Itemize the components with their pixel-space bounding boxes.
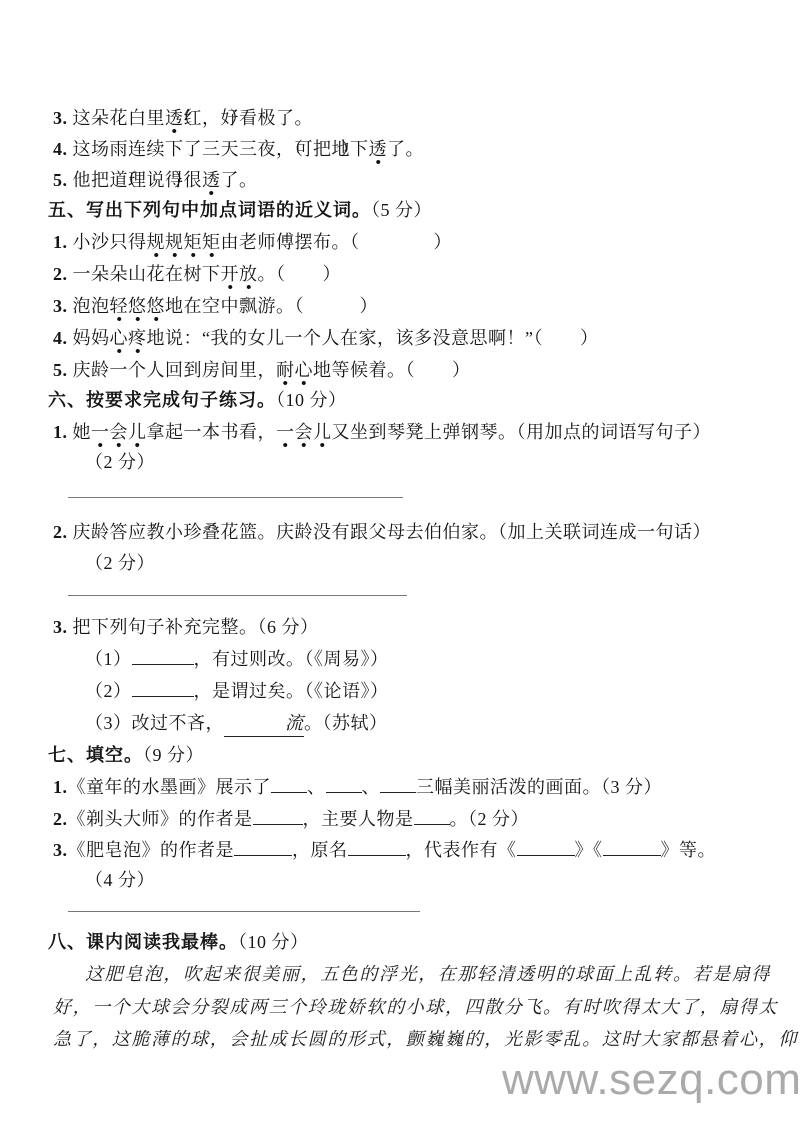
text-run: 由老师傅摆布。（ ） (221, 232, 453, 252)
fill-in-blank (253, 822, 303, 825)
passage-line: 这肥皂泡，吹起来很美丽，五色的浮光，在那轻清透明的球面上乱转。若是扇得 (53, 961, 771, 987)
text-run: 小沙只得 (73, 232, 147, 252)
item-number: 1. (53, 232, 73, 252)
text-run: ，主要人物是 (303, 809, 414, 829)
question-6-item-3-sub3: （3）改过不吝，流。（苏轼） (85, 710, 388, 737)
fill-in-blank (132, 694, 194, 697)
section-title: 八、课内阅读我最棒。 (48, 932, 238, 952)
fill-in-blank: 流 (224, 710, 304, 737)
emphasized-word: 一会儿 (276, 422, 332, 448)
fill-in-blank (348, 853, 406, 856)
answer-line (68, 595, 407, 596)
item-number: 1. (53, 422, 73, 442)
text-run: 《剃头大师》的作者是 (68, 809, 253, 829)
test-paper-page: 3. 这朵花白里透红，好看极了。（ ） 4. 这场雨连续下了三天三夜，可把地下透… (0, 0, 800, 1132)
item-number: 3. (53, 108, 73, 128)
item-number: 2. (53, 264, 73, 284)
question-4-item-4: 4. 这场雨连续下了三天三夜，可把地下透了。（ ） (53, 136, 424, 162)
text-run: 把下列句子补充完整。（6 分） (73, 617, 319, 637)
text-run: 《肥皂泡》的作者是 (68, 840, 235, 860)
question-6-item-3-sub1: （1），有过则改。（《周易》） (85, 646, 389, 672)
emphasized-word: 心疼 (110, 328, 147, 354)
text-run: （10 分） (276, 390, 347, 410)
item-number: 3. (53, 617, 73, 637)
text-run: （1） (85, 649, 132, 669)
text-run: （2） (85, 681, 132, 701)
item-number: 5. (53, 360, 73, 380)
text-run: 一朵朵山花在树下 (73, 264, 221, 284)
emphasized-word: 耐心 (276, 360, 313, 386)
item-number: 3. (53, 840, 68, 860)
emphasized-word: 透 (369, 139, 388, 165)
text-run: 好，一个大球会分裂成两三个玲珑娇软的小球，四散分飞。有时吹得太大了，扇得太 (53, 997, 778, 1017)
text-run: 《童年的水墨画》展示了 (68, 777, 272, 797)
question-7-item-1: 1.《童年的水墨画》展示了、、三幅美丽活泼的画面。（3 分） (53, 774, 662, 800)
text-run: 又坐到琴凳上弹钢琴。（用加点的词语写句子） (332, 422, 712, 442)
answer-line (68, 911, 420, 912)
text-run: 。（苏轼） (304, 713, 388, 733)
question-6-item-1: 1. 她一会儿拿起一本书看，一会儿又坐到琴凳上弹钢琴。（用加点的词语写句子） (53, 419, 711, 445)
question-6-item-2: 2. 庆龄答应教小珍叠花篮。庆龄没有跟父母去伯伯家。（加上关联词连成一句话） (53, 519, 711, 545)
text-run: 了。 (387, 139, 424, 159)
text-run: 、 (307, 777, 326, 797)
fill-in-blank (234, 853, 292, 856)
text-run: 。（2 分） (450, 809, 530, 829)
fill-in-blank (414, 822, 450, 825)
text-run: 》《 (575, 840, 603, 860)
question-4-item-3: 3. 这朵花白里透红，好看极了。（ ） (53, 105, 313, 131)
text-run: 地等候着。（ ） (313, 360, 471, 380)
fill-in-blank (380, 790, 416, 793)
text-run: ，有过则改。（《周易》） (194, 649, 389, 669)
text-run: 急了，这脆薄的球，会扯成长圆的形式，颤巍巍的，光影零乱。这时大家都悬着心，仰 (53, 1029, 798, 1049)
question-6-item-3: 3. 把下列句子补充完整。（6 分） (53, 614, 319, 640)
passage-line: 好，一个大球会分裂成两三个玲珑娇软的小球，四散分飞。有时吹得太大了，扇得太 (53, 994, 778, 1020)
question-7-item-3: 3.《肥皂泡》的作者是，原名，代表作有《》《》等。 (53, 837, 716, 863)
section-title: 七、填空。 (48, 745, 143, 765)
question-5-item-2: 2. 一朵朵山花在树下开放。（ ） (53, 261, 341, 287)
item-number: 2. (53, 809, 68, 829)
text-run: （5 分） (371, 200, 432, 220)
text-run: ，原名 (292, 840, 348, 860)
question-4-item-5: 5. 他把道理说得很透了。（ ） (53, 167, 258, 193)
emphasized-word: 透 (202, 170, 221, 196)
fill-in-blank (603, 853, 661, 856)
text-run: 了。 (221, 170, 258, 190)
passage-line: 急了，这脆薄的球，会扯成长圆的形式，颤巍巍的，光影零乱。这时大家都悬着心，仰 (53, 1026, 798, 1052)
text-run: 泡泡 (73, 296, 110, 316)
text-run: 拿起一本书看， (147, 422, 277, 442)
question-7-item-2: 2.《剃头大师》的作者是，主要人物是。（2 分） (53, 806, 529, 832)
fill-in-blank (517, 853, 575, 856)
text-run: 这朵花白里 (73, 108, 166, 128)
section-5-header: 五、写出下列句中加点词语的近义词。（5 分） (48, 197, 432, 223)
section-title: 五、写出下列句中加点词语的近义词。 (48, 200, 371, 220)
text-run: 妈妈 (73, 328, 110, 348)
item-number: 4. (53, 139, 73, 159)
text-run: 》等。 (661, 840, 717, 860)
text-run: ，代表作有《 (406, 840, 517, 860)
item-number: 5. (53, 170, 73, 190)
text-run: 。（ ） (258, 264, 342, 284)
answer-bracket: （ ） (285, 136, 359, 162)
fill-in-blank (132, 662, 194, 665)
emphasized-word: 一会儿 (91, 422, 147, 448)
emphasized-word: 开放 (221, 264, 258, 290)
item-number: 1. (53, 777, 68, 797)
item-number: 4. (53, 328, 73, 348)
emphasized-word: 规规矩矩 (147, 232, 221, 258)
fill-in-blank (326, 790, 362, 793)
section-8-header: 八、课内阅读我最棒。（10 分） (48, 929, 309, 955)
text-run: （10 分） (238, 932, 309, 952)
question-6-item-3-sub2: （2），是谓过矣。（《论语》） (85, 678, 389, 704)
text-run: 地在空中飘游。（ ） (165, 296, 378, 316)
text-run: （4 分） (85, 870, 155, 890)
question-5-item-4: 4. 妈妈心疼地说：“我的女儿一个人在家，该多没意思啊！”（ ） (53, 325, 598, 351)
text-run: 这肥皂泡，吹起来很美丽，五色的浮光，在那轻清透明的球面上乱转。若是扇得 (85, 964, 771, 984)
section-title: 六、按要求完成句子练习。 (48, 390, 276, 410)
section-7-header: 七、填空。（9 分） (48, 742, 204, 768)
question-6-item-1-score: （2 分） (85, 449, 155, 475)
text-run: 庆龄答应教小珍叠花篮。庆龄没有跟父母去伯伯家。（加上关联词连成一句话） (73, 522, 712, 542)
answer-line (68, 497, 403, 498)
text-run: 、 (362, 777, 381, 797)
text-run: （3）改过不吝， (85, 713, 224, 733)
watermark: www.sezq.com (502, 1058, 800, 1102)
answer-bracket: （ ） (174, 105, 248, 131)
text-run: 地说：“我的女儿一个人在家，该多没意思啊！”（ ） (147, 328, 599, 348)
text-run: ，是谓过矣。（《论语》） (194, 681, 389, 701)
text-run: 三幅美丽活泼的画面。（3 分） (416, 777, 662, 797)
emphasized-word: 轻悠悠 (110, 296, 166, 322)
question-5-item-1: 1. 小沙只得规规矩矩由老师傅摆布。（ ） (53, 229, 452, 255)
text-run: （2 分） (85, 553, 155, 573)
question-5-item-5: 5. 庆龄一个人回到房间里，耐心地等候着。（ ） (53, 357, 471, 383)
text-run: 她 (73, 422, 92, 442)
item-number: 2. (53, 522, 73, 542)
section-6-header: 六、按要求完成句子练习。（10 分） (48, 387, 347, 413)
text-run: 庆龄一个人回到房间里， (73, 360, 277, 380)
text-run: （9 分） (143, 745, 204, 765)
question-5-item-3: 3. 泡泡轻悠悠地在空中飘游。（ ） (53, 293, 378, 319)
text-run: （2 分） (85, 452, 155, 472)
question-6-item-2-score: （2 分） (85, 550, 155, 576)
item-number: 3. (53, 296, 73, 316)
fill-in-blank (271, 790, 307, 793)
answer-bracket: （ ） (119, 167, 193, 193)
question-7-item-3-score: （4 分） (85, 867, 155, 893)
